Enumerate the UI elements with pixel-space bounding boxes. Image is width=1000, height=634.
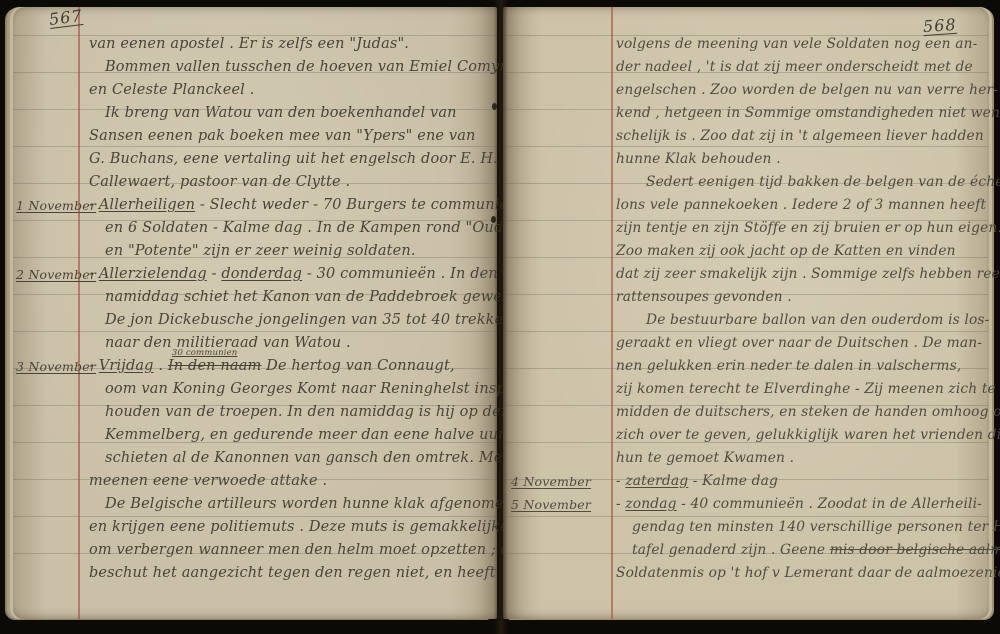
line-text: en Celeste Planckeel .	[89, 82, 254, 98]
line-text: Bommen vallen tusschen de hoeven van Emi…	[105, 59, 509, 75]
handwritten-line: Sansen eenen pak boeken mee van "Ypers" …	[13, 125, 493, 148]
handwritten-line: en krijgen eene politiemuts . Deze muts …	[13, 516, 493, 539]
handwritten-line: oom van Koning Georges Komt naar Reningh…	[13, 378, 493, 401]
handwritten-line: om verbergen wanneer men den helm moet o…	[13, 539, 493, 562]
line-text: rattensoupes gevonden .	[616, 289, 792, 305]
line-text: dat zij zeer smakelijk zijn . Sommige ze…	[616, 266, 1000, 282]
line-text: Zoo maken zij ook jacht op de Katten en …	[616, 243, 956, 259]
handwritten-line: geraakt en vliegt over naar de Duitschen…	[503, 332, 985, 355]
line-text: - Allerheiligen - Slecht weder - 70 Burg…	[89, 197, 508, 213]
line-text: hun te gemoet Kwamen .	[616, 450, 794, 466]
handwritten-line: Kemmelberg, en gedurende meer dan eene h…	[13, 424, 493, 447]
book-gutter	[494, 0, 508, 634]
handwritten-line: engelschen . Zoo worden de belgen nu van…	[503, 79, 985, 102]
line-text: Sansen eenen pak boeken mee van "Ypers" …	[89, 128, 476, 144]
handwritten-line: Callewaert, pastoor van de Clytte .	[13, 171, 493, 194]
scanned-diary-spread: { "document": { "kind": "handwritten dia…	[0, 0, 1000, 634]
handwritten-line: naar den militieraad van Watou .	[13, 332, 493, 355]
line-text: De bestuurbare ballon van den ouderdom i…	[646, 312, 989, 328]
margin-date: 1 November	[16, 194, 96, 217]
binding-speck	[492, 103, 497, 110]
handwritten-line: en "Potente" zijn er zeer weinig soldate…	[13, 240, 493, 263]
line-text: - zondag - 40 communieën . Zoodat in de …	[616, 496, 982, 512]
handwritten-line: zijn tentje en zijn Stöffe en zij bruien…	[503, 217, 985, 240]
line-text: Kemmelberg, en gedurende meer dan eene h…	[105, 427, 505, 443]
line-text: en krijgen eene politiemuts . Deze muts …	[89, 519, 516, 535]
line-text: zij komen terecht te Elverdinghe - Zij m…	[616, 381, 996, 397]
handwritten-line: hunne Klak behouden .	[503, 148, 985, 171]
line-text: nen gelukken erin neder te dalen in vals…	[616, 358, 961, 374]
line-text: beschut het aangezicht tegen den regen n…	[89, 565, 496, 581]
handwritten-line: zij komen terecht te Elverdinghe - Zij m…	[503, 378, 985, 401]
line-text: hunne Klak behouden .	[616, 151, 781, 167]
handwritten-line: lons vele pannekoeken . Iedere 2 of 3 ma…	[503, 194, 985, 217]
line-text: schelijk is . Zoo dat zij in 't algemeen…	[616, 128, 984, 144]
handwritten-line: dat zij zeer smakelijk zijn . Sommige ze…	[503, 263, 985, 286]
margin-date: 3 November	[16, 355, 96, 378]
line-text: om verbergen wanneer men den helm moet o…	[89, 542, 537, 558]
line-text: kend , hetgeen in Sommige omstandigheden…	[616, 105, 1000, 121]
line-text: De Belgische artilleurs worden hunne kla…	[105, 496, 513, 512]
line-text: Ik breng van Watou van den boekenhandel …	[105, 105, 457, 121]
binding-speck	[491, 216, 496, 223]
line-text: meenen eene verwoede attake .	[89, 473, 327, 489]
right-page: 568 volgens de meening van vele Soldaten…	[503, 7, 989, 619]
handwritten-line: tafel genaderd zijn . Geene mis door bel…	[503, 539, 985, 562]
line-text: engelschen . Zoo worden de belgen nu van…	[616, 82, 998, 98]
handwritten-line: 5 November- zondag - 40 communieën . Zoo…	[503, 493, 985, 516]
handwritten-line: der nadeel , 't is dat zij meer ondersch…	[503, 56, 985, 79]
line-text: G. Buchans, eene vertaling uit het engel…	[89, 151, 498, 167]
handwritten-line: schelijk is . Zoo dat zij in 't algemeen…	[503, 125, 985, 148]
handwritten-line: Ik breng van Watou van den boekenhandel …	[13, 102, 493, 125]
line-text: oom van Koning Georges Komt naar Reningh…	[105, 381, 542, 397]
handwritten-line: schieten al de Kanonnen van gansch den o…	[13, 447, 493, 470]
margin-date: 4 November	[511, 470, 591, 493]
handwritten-line: zich over te geven, gelukkiglijk waren h…	[503, 424, 985, 447]
margin-date: 5 November	[511, 493, 591, 516]
line-text: tafel genaderd zijn . Geene mis door bel…	[632, 542, 1000, 558]
handwritten-line: De bestuurbare ballon van den ouderdom i…	[503, 309, 985, 332]
line-text: en "Potente" zijn er zeer weinig soldate…	[105, 243, 416, 259]
line-text: schieten al de Kanonnen van gansch den o…	[105, 450, 543, 466]
handwritten-line: en Celeste Planckeel .	[13, 79, 493, 102]
line-text: lons vele pannekoeken . Iedere 2 of 3 ma…	[616, 197, 986, 213]
line-text: midden de duitschers, en steken de hande…	[616, 404, 1000, 420]
line-text: zijn tentje en zijn Stöffe en zij bruien…	[616, 220, 1000, 236]
line-text: houden van de troepen. In den namiddag i…	[105, 404, 510, 420]
handwritten-text-right: volgens de meening van vele Soldaten nog…	[503, 33, 985, 585]
line-text: - zaterdag - Kalme dag	[616, 473, 778, 489]
handwritten-line: en 6 Soldaten - Kalme dag . In de Kampen…	[13, 217, 493, 240]
handwritten-line: De Belgische artilleurs worden hunne kla…	[13, 493, 493, 516]
line-text: van eenen apostel . Er is zelfs een "Jud…	[89, 36, 409, 52]
page-number-left: 567	[48, 6, 84, 29]
handwritten-line: houden van de troepen. In den namiddag i…	[13, 401, 493, 424]
handwritten-line: Sedert eenigen tijd bakken de belgen van…	[503, 171, 985, 194]
handwritten-line: gendag ten minsten 140 verschillige pers…	[503, 516, 985, 539]
handwritten-text-left: van eenen apostel . Er is zelfs een "Jud…	[13, 33, 493, 585]
handwritten-line: 3 November- Vrijdag . In den naam30 comm…	[13, 355, 493, 378]
line-text: en 6 Soldaten - Kalme dag . In de Kampen…	[105, 220, 558, 236]
left-page: 567 van eenen apostel . Er is zelfs een …	[13, 7, 497, 619]
line-text: gendag ten minsten 140 verschillige pers…	[632, 519, 1000, 535]
handwritten-line: nen gelukken erin neder te dalen in vals…	[503, 355, 985, 378]
margin-date: 2 November	[16, 263, 96, 286]
line-text: Soldatenmis op 't hof v Lemerant daar de…	[616, 565, 1000, 581]
line-text: Sedert eenigen tijd bakken de belgen van…	[646, 174, 1000, 190]
handwritten-line: 2 November- Allerzielendag - donderdag -…	[13, 263, 493, 286]
handwritten-line: volgens de meening van vele Soldaten nog…	[503, 33, 985, 56]
handwritten-line: midden de duitschers, en steken de hande…	[503, 401, 985, 424]
handwritten-line: Soldatenmis op 't hof v Lemerant daar de…	[503, 562, 985, 585]
line-text: der nadeel , 't is dat zij meer ondersch…	[616, 59, 973, 75]
handwritten-line: rattensoupes gevonden .	[503, 286, 985, 309]
line-text: geraakt en vliegt over naar de Duitschen…	[616, 335, 982, 351]
handwritten-line: 4 November- zaterdag - Kalme dag	[503, 470, 985, 493]
handwritten-line: hun te gemoet Kwamen .	[503, 447, 985, 470]
line-text: zich over te geven, gelukkiglijk waren h…	[616, 427, 1000, 443]
handwritten-line: Bommen vallen tusschen de hoeven van Emi…	[13, 56, 493, 79]
handwritten-line: 1 November- Allerheiligen - Slecht weder…	[13, 194, 493, 217]
line-text: - Allerzielendag - donderdag - 30 commun…	[89, 266, 498, 282]
handwritten-line: G. Buchans, eene vertaling uit het engel…	[13, 148, 493, 171]
line-text: - Vrijdag . In den naam30 communien De h…	[89, 358, 455, 374]
handwritten-line: namiddag schiet het Kanon van de Paddebr…	[13, 286, 493, 309]
line-text: De jon Dickebusche jongelingen van 35 to…	[105, 312, 513, 328]
line-text: volgens de meening van vele Soldaten nog…	[616, 36, 977, 52]
interlinear-note: 30 communien	[172, 349, 238, 358]
handwritten-line: Zoo maken zij ook jacht op de Katten en …	[503, 240, 985, 263]
handwritten-line: kend , hetgeen in Sommige omstandigheden…	[503, 102, 985, 125]
line-text: namiddag schiet het Kanon van de Paddebr…	[105, 289, 530, 305]
handwritten-line: De jon Dickebusche jongelingen van 35 to…	[13, 309, 493, 332]
handwritten-line: van eenen apostel . Er is zelfs een "Jud…	[13, 33, 493, 56]
handwritten-line: meenen eene verwoede attake .	[13, 470, 493, 493]
handwritten-line: beschut het aangezicht tegen den regen n…	[13, 562, 493, 585]
line-text: Callewaert, pastoor van de Clytte .	[89, 174, 350, 190]
